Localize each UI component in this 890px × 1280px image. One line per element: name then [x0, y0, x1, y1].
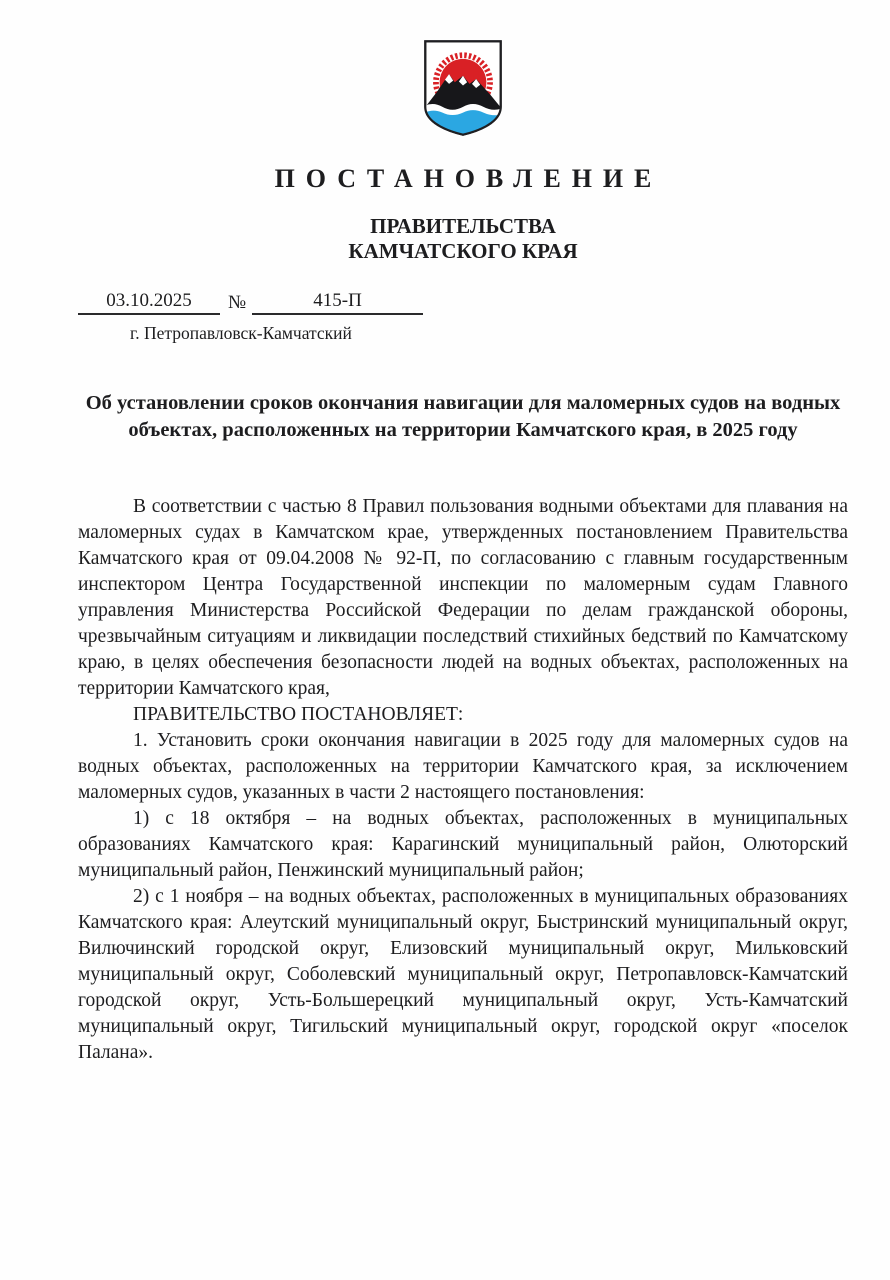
- doc-title: Об установлении сроков окончания навигац…: [78, 390, 848, 444]
- coat-of-arms-block: [78, 38, 848, 138]
- kamchatka-coat-of-arms-icon: [422, 38, 504, 138]
- subpoint-1: 1) с 18 октября – на водных объектах, ра…: [78, 806, 848, 884]
- tower-left: [447, 66, 452, 73]
- resolution-clause: ПРАВИТЕЛЬСТВО ПОСТАНОВЛЯЕТ:: [78, 702, 848, 728]
- tower-mid: [461, 68, 466, 75]
- document-content: ПОСТАНОВЛЕНИЕ ПРАВИТЕЛЬСТВА КАМЧАТСКОГО …: [78, 0, 848, 1066]
- point-1: 1. Установить сроки окончания навигации …: [78, 728, 848, 806]
- org-name: ПРАВИТЕЛЬСТВА КАМЧАТСКОГО КРАЯ: [78, 214, 848, 264]
- doc-body: В соответствии с частью 8 Правил пользов…: [78, 494, 848, 1066]
- doc-type-heading: ПОСТАНОВЛЕНИЕ: [78, 164, 848, 194]
- document-page: ПОСТАНОВЛЕНИЕ ПРАВИТЕЛЬСТВА КАМЧАТСКОГО …: [0, 0, 890, 1280]
- doc-number: 415-П: [252, 290, 423, 315]
- org-name-line1: ПРАВИТЕЛЬСТВА: [78, 214, 848, 239]
- tower-right: [474, 72, 479, 79]
- doc-date: 03.10.2025: [78, 290, 220, 315]
- number-sign: №: [220, 292, 252, 315]
- preamble-paragraph: В соответствии с частью 8 Правил пользов…: [78, 494, 848, 702]
- org-name-line2: КАМЧАТСКОГО КРАЯ: [78, 239, 848, 264]
- date-number-row: 03.10.2025 № 415-П: [78, 290, 423, 315]
- subpoint-2: 2) с 1 ноября – на водных объектах, расп…: [78, 884, 848, 1066]
- doc-city: г. Петропавловск-Камчатский: [78, 323, 848, 344]
